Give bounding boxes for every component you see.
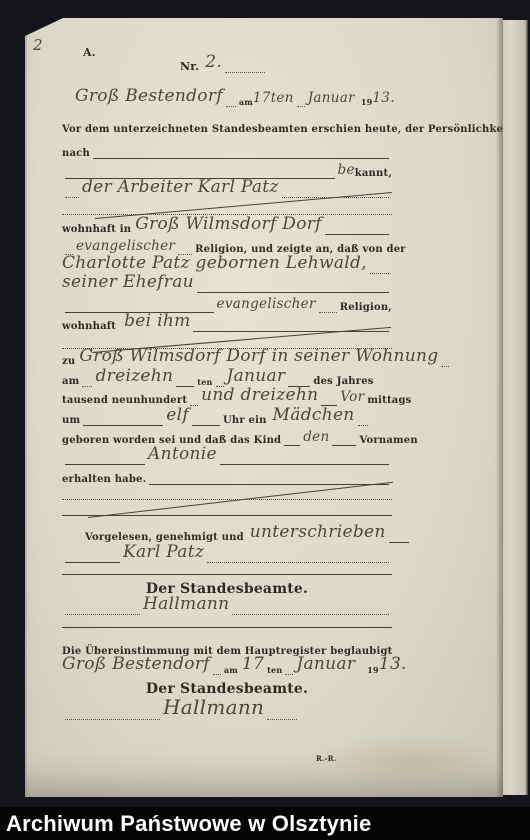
cert-year: 13. xyxy=(379,654,407,674)
nr-label: Nr. xyxy=(180,60,199,73)
residence-value: Groß Wilmsdorf Dorf xyxy=(135,214,322,234)
child-sex: Mädchen xyxy=(273,405,355,425)
separator-rule xyxy=(62,574,392,575)
erhalten-label: erhalten habe. xyxy=(62,474,146,485)
declarant-signature-line: Karl Patz xyxy=(62,546,392,563)
religion1-value: evangelischer xyxy=(76,238,175,254)
birthplace-value: Groß Wilmsdorf Dorf in seiner Wohnung xyxy=(79,346,438,366)
erhalten-line: erhalten habe. xyxy=(62,468,392,485)
bekannt-label: kannt, xyxy=(355,168,392,179)
vormittags-prefix: Vor xyxy=(340,389,364,405)
registrar-signature-line: Hallmann xyxy=(62,598,392,615)
wohnhaft-value: bei ihm xyxy=(124,311,190,331)
vornamen-label: Vornamen xyxy=(359,435,417,446)
mother-name: Charlotte Patz gebornen Lehwald, xyxy=(62,253,367,273)
intro-text: Vor dem unterzeichneten Standesbeamten e… xyxy=(62,124,512,135)
declarant-name: der Arbeiter Karl Patz xyxy=(82,177,279,197)
hour-value: elf xyxy=(166,405,189,425)
cert-am: am xyxy=(224,665,238,675)
registrar-signature-line2: Hallmann xyxy=(62,698,392,720)
nach-label: nach xyxy=(62,148,90,159)
record-number-line: Nr. 2. xyxy=(180,56,300,73)
am-label: am xyxy=(62,376,79,387)
header-day: 17ten xyxy=(253,90,294,106)
archive-banner: Archiwum Państwowe w Olsztynie xyxy=(0,807,530,840)
unterschrieben-value: unterschrieben xyxy=(250,522,386,542)
scanned-register-photo: 2 A. Nr. 2. Groß Bestendorf am 17ten Jan… xyxy=(0,0,530,840)
des-jahres-label: des Jahres xyxy=(313,376,373,387)
intro-line: Vor dem unterzeichneten Standesbeamten e… xyxy=(62,118,392,135)
birthyear-line: tausend neunhundert und dreizehn Vor mit… xyxy=(62,389,392,406)
header-am: am xyxy=(239,97,253,107)
certification-dateline: Groß Bestendorf am 17 ten Januar 19 13. xyxy=(62,658,382,675)
wohnhaft-in-label: wohnhaft in xyxy=(62,224,131,235)
cert-month: Januar xyxy=(296,654,355,674)
nr-value: 2. xyxy=(205,52,222,72)
religion2-label: Religion, xyxy=(340,302,392,313)
section-letter: A. xyxy=(83,46,96,59)
page-number: 2 xyxy=(33,36,43,54)
vornamen-line: geboren worden sei und daß das Kind den … xyxy=(62,429,392,446)
givenname-line: Antonie xyxy=(62,448,392,465)
birthplace-line: zu Groß Wilmsdorf Dorf in seiner Wohnung xyxy=(62,350,392,367)
header-year: 13. xyxy=(372,90,394,106)
header-dateline: Groß Bestendorf am 17ten Januar 19 13. xyxy=(75,90,375,107)
header-place: Groß Bestendorf xyxy=(75,86,223,106)
archive-banner-text: Archiwum Państwowe w Olsztynie xyxy=(0,811,371,837)
cert-day: 17 xyxy=(242,654,264,674)
religion2-line: evangelischer Religion, xyxy=(62,296,392,313)
wohnhaft-label: wohnhaft xyxy=(62,321,116,332)
religion2-value: evangelischer xyxy=(217,296,316,312)
year-words: und dreizehn xyxy=(201,385,318,405)
nach-line: nach xyxy=(62,142,392,159)
given-name: Antonie xyxy=(148,444,217,464)
bekannt-prefix-handwritten: be xyxy=(338,162,355,178)
um-label: um xyxy=(62,415,80,426)
article-value: den xyxy=(303,429,329,445)
birth-month: Januar xyxy=(227,366,286,386)
cert-century: 19 xyxy=(367,665,379,675)
uhr-ein-label: Uhr ein xyxy=(223,415,267,426)
adjacent-page-edge xyxy=(501,20,528,795)
header-century: 19 xyxy=(361,97,373,107)
cert-place: Groß Bestendorf xyxy=(62,654,210,674)
mittags-label: mittags xyxy=(367,395,411,406)
registrar-signature: Hallmann xyxy=(143,594,229,614)
birth-day: dreizehn xyxy=(95,366,173,386)
residence-line: wohnhaft in Groß Wilmsdorf Dorf xyxy=(62,218,392,235)
registrar-signature2: Hallmann xyxy=(163,695,264,719)
declarant-signature: Karl Patz xyxy=(123,542,204,562)
birthhour-line: um elf Uhr ein Mädchen xyxy=(62,409,392,426)
wohnhaft-line: wohnhaft bei ihm xyxy=(62,315,392,332)
document-page: 2 A. Nr. 2. Groß Bestendorf am 17ten Jan… xyxy=(25,18,503,797)
paper-stain xyxy=(320,733,500,788)
mother-line2: seiner Ehefrau xyxy=(62,276,392,293)
separator-rule xyxy=(62,627,392,628)
header-month: Januar xyxy=(308,90,355,106)
zu-label: zu xyxy=(62,356,75,367)
mother-relation: seiner Ehefrau xyxy=(62,272,194,292)
vorgelesen-line: Vorgelesen, genehmigt und unterschrieben xyxy=(85,526,392,543)
printer-mark: R.-R. xyxy=(316,754,336,763)
cert-ten: ten xyxy=(267,665,282,675)
